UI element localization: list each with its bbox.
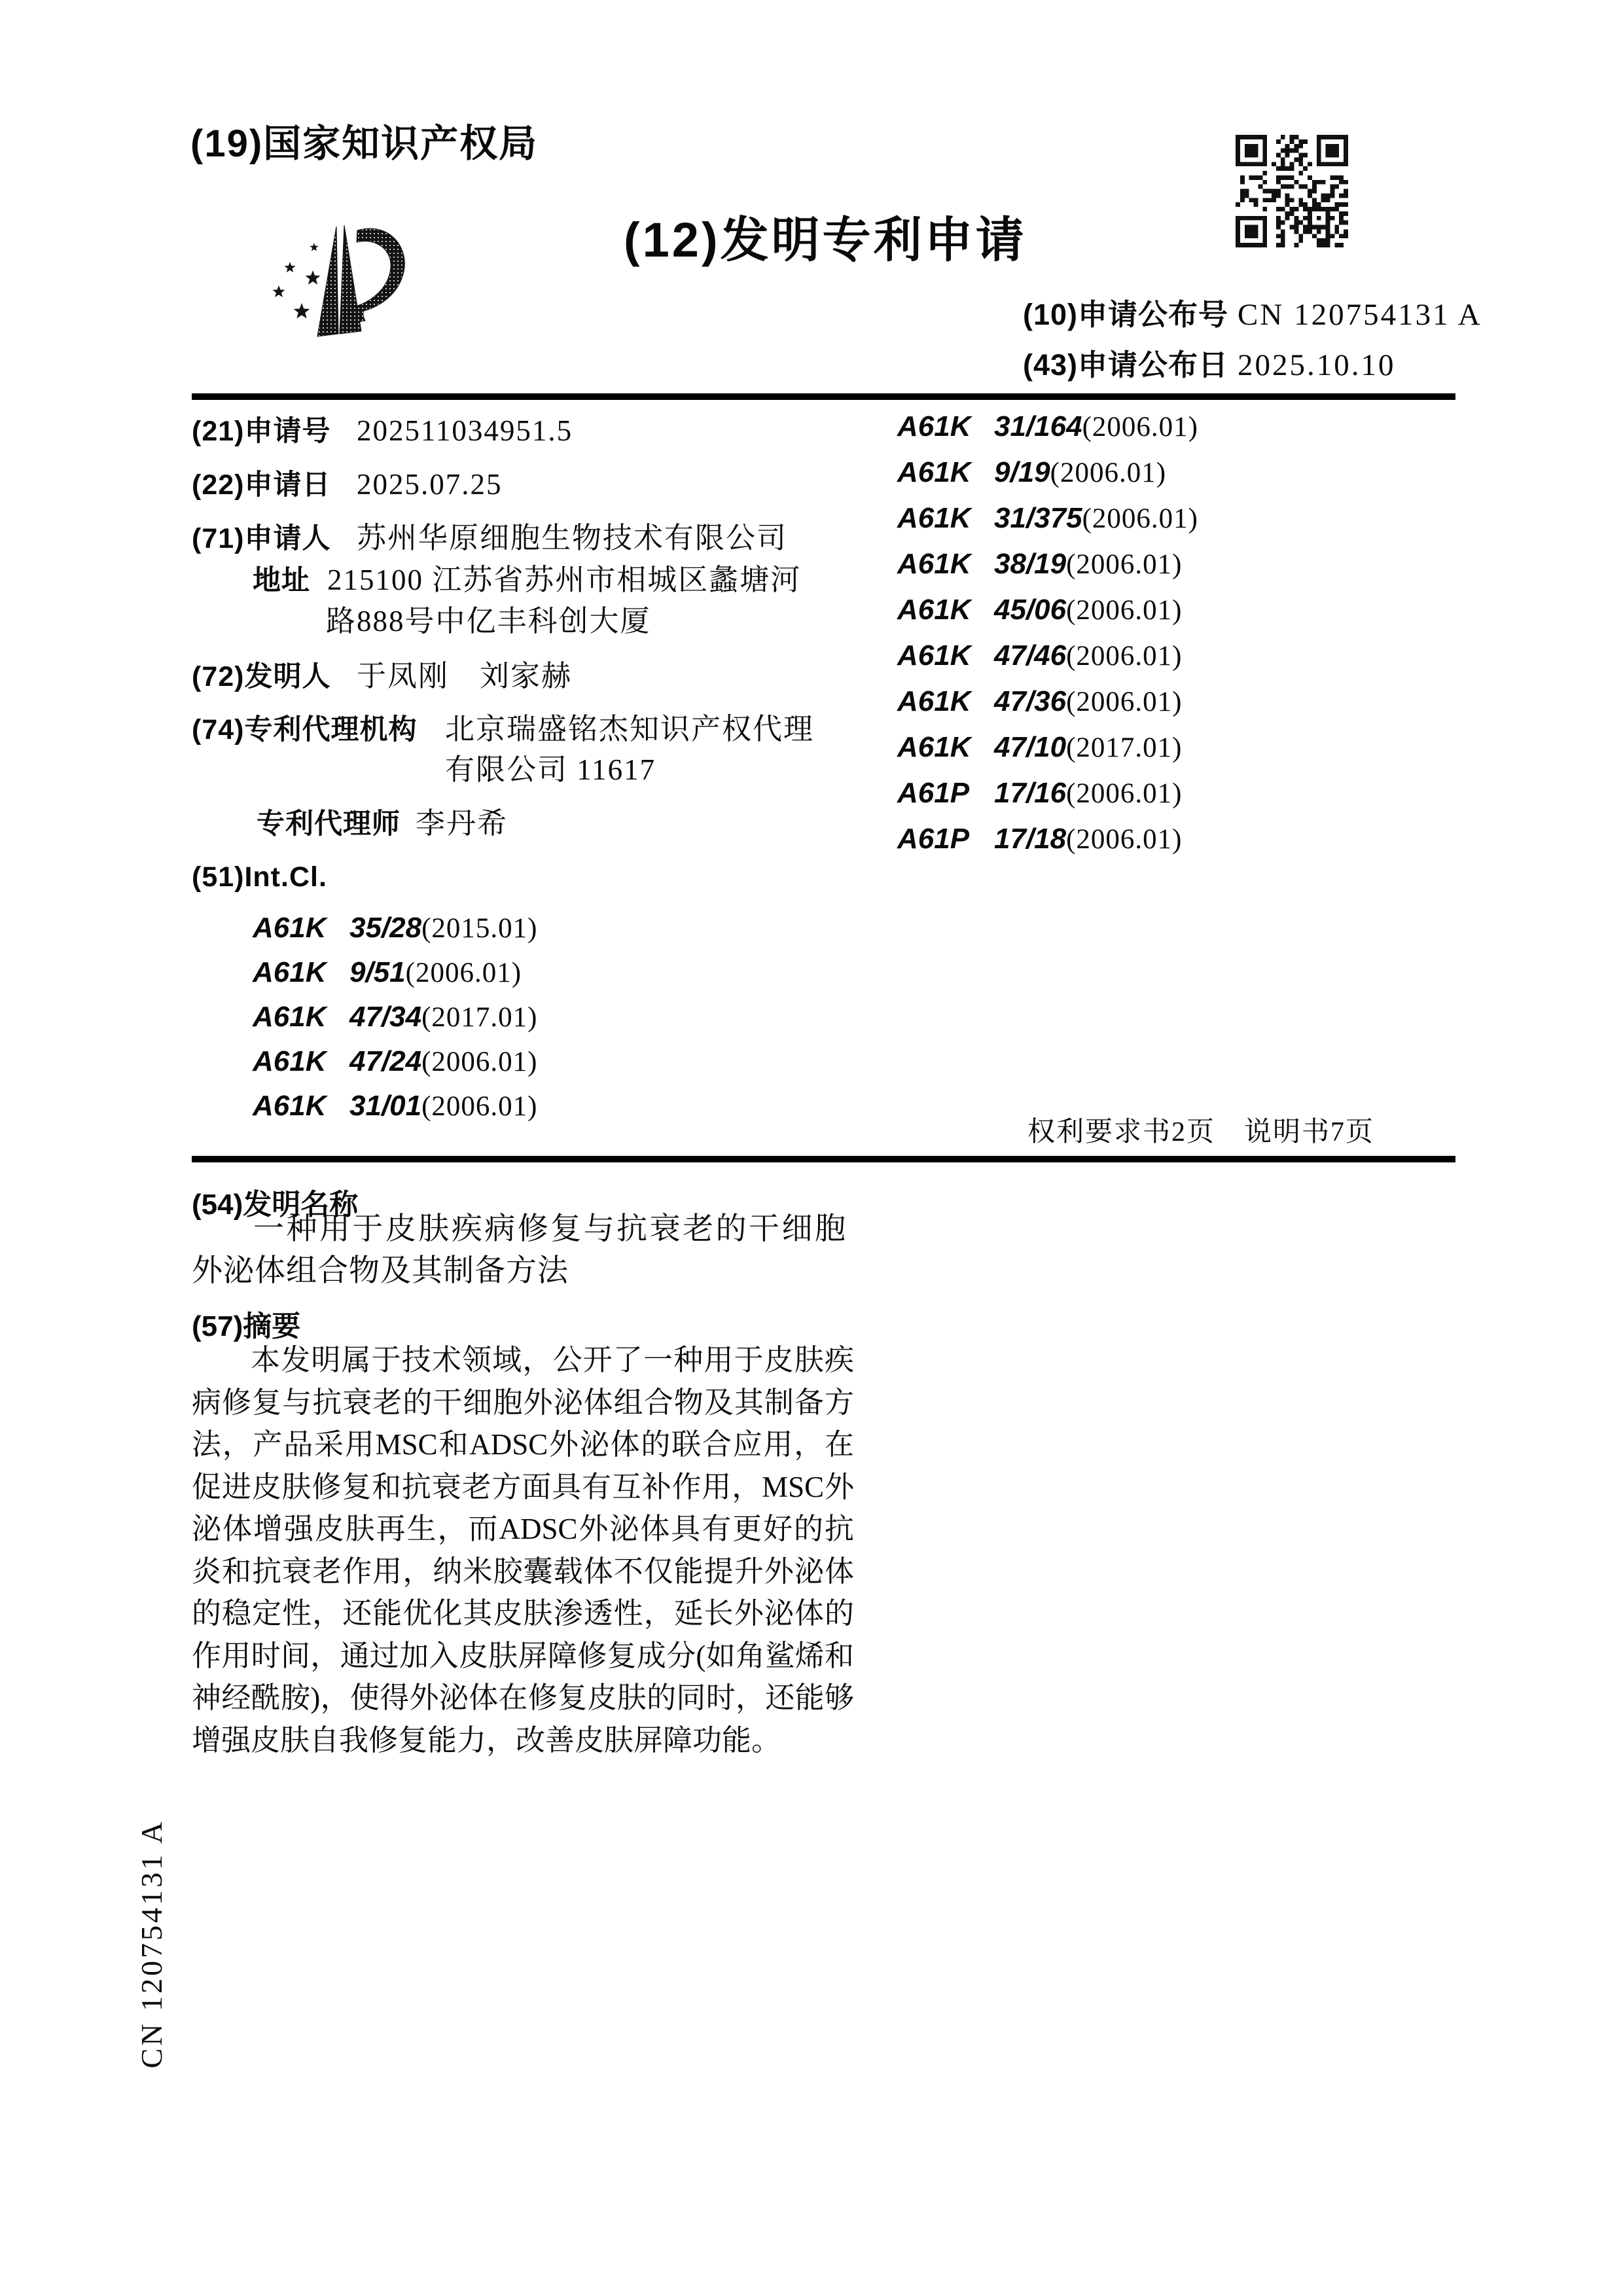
ipc-code-row: A61K35/28(2015.01) xyxy=(253,912,538,944)
ipc-code-row: A61K31/01(2006.01) xyxy=(253,1090,538,1122)
ipc-class: A61K xyxy=(253,912,349,944)
ipc-number: 9/51 xyxy=(349,956,406,988)
ipc-number: 31/164 xyxy=(994,410,1082,442)
qr-code-graphic xyxy=(1236,135,1348,247)
invention-title: 一种用于皮肤疾病修复与抗衰老的干细胞外泌体组合物及其制备方法 xyxy=(192,1208,846,1292)
ipc-code-row: A61K45/06(2006.01) xyxy=(897,594,1183,626)
agent-label: 专利代理师 xyxy=(257,807,416,842)
ipc-class: A61P xyxy=(897,778,994,809)
ipc-version: (2006.01) xyxy=(1050,457,1166,488)
doc-type-title: (12)发明专利申请 xyxy=(624,215,1027,266)
app-number-value: 202511034951.5 xyxy=(357,414,573,447)
ipc-class: A61K xyxy=(253,1090,349,1122)
logo-star-icon xyxy=(284,262,295,272)
qr-code xyxy=(1236,135,1348,247)
ipc-version: (2017.01) xyxy=(421,1002,537,1033)
ipc-number: 31/01 xyxy=(349,1090,421,1122)
logo-star-icon xyxy=(272,285,285,297)
ipc-number: 47/36 xyxy=(994,685,1066,717)
ipc-code-row: A61P17/18(2006.01) xyxy=(897,823,1183,855)
ipc-class: A61K xyxy=(897,640,994,672)
inventor-label: (72)发明人 xyxy=(192,660,357,695)
app-date-label: (22)申请日 xyxy=(192,468,357,503)
ipc-code-row: A61K47/10(2017.01) xyxy=(897,732,1183,763)
ipc-version: (2006.01) xyxy=(1082,503,1198,534)
ipc-class: A61K xyxy=(897,732,994,763)
logo-star-icon xyxy=(306,270,321,285)
ipc-class: A61K xyxy=(253,1046,349,1077)
cnipa-logo xyxy=(270,220,422,347)
patent-front-page: (19)国家知识产权局 (12)发明专利申请 xyxy=(0,0,1623,2296)
ipc-class: A61K xyxy=(253,1001,349,1033)
logo-star-icon xyxy=(294,303,310,319)
applicant-label: (71)申请人 xyxy=(192,522,357,557)
ipc-class: A61K xyxy=(253,957,349,988)
address-label: 地址 xyxy=(253,564,327,599)
pub-date-label: (43)申请公布日 xyxy=(1023,348,1228,382)
pub-date-row: (43)申请公布日2025.10.10 xyxy=(1023,349,1396,383)
ipc-class: A61K xyxy=(897,594,994,626)
pub-date-value: 2025.10.10 xyxy=(1238,348,1396,382)
ipc-code-row: A61K9/51(2006.01) xyxy=(253,957,522,988)
ipc-code-row: A61K9/19(2006.01) xyxy=(897,457,1166,488)
agent-value: 李丹希 xyxy=(416,807,508,840)
ipc-number: 17/18 xyxy=(994,823,1066,855)
agent-row: 专利代理师李丹希 xyxy=(257,805,508,842)
inventor-value: 于凤刚 刘家赫 xyxy=(357,660,572,692)
applicant-row: (71)申请人苏州华原细胞生物技术有限公司 xyxy=(192,520,787,557)
pub-number-row: (10)申请公布号CN 120754131 A xyxy=(1023,298,1482,332)
ipc-number: 47/24 xyxy=(349,1045,421,1077)
abstract-section-label: (57)摘要 xyxy=(192,1302,300,1344)
ipc-class: A61K xyxy=(897,457,994,488)
address-line1: 215100 江苏省苏州市相城区蠡塘河 xyxy=(327,564,801,596)
ipc-code-row: A61K47/46(2006.01) xyxy=(897,640,1183,672)
ipc-version: (2006.01) xyxy=(1066,687,1182,717)
ipc-class: A61P xyxy=(897,823,994,855)
ipc-version: (2006.01) xyxy=(421,1047,537,1077)
applicant-value: 苏州华原细胞生物技术有限公司 xyxy=(357,522,787,554)
pub-number-label: (10)申请公布号 xyxy=(1023,298,1228,331)
ipc-version: (2006.01) xyxy=(1066,778,1182,809)
ipc-code-row: A61K47/36(2006.01) xyxy=(897,686,1183,717)
agency-line1: 北京瑞盛铭杰知识产权代理 xyxy=(445,713,814,745)
ipc-number: 47/10 xyxy=(994,731,1066,763)
ipc-class: A61K xyxy=(897,503,994,534)
inventor-row: (72)发明人于凤刚 刘家赫 xyxy=(192,658,572,695)
ipc-number: 9/19 xyxy=(994,456,1050,488)
agency-line2: 有限公司 11617 xyxy=(445,753,656,786)
ipc-class: A61K xyxy=(897,686,994,717)
ipc-number: 35/28 xyxy=(349,912,421,944)
agency-row-cont: 有限公司 11617 xyxy=(445,751,656,788)
ipc-class: A61K xyxy=(897,548,994,580)
agency-row: (74)专利代理机构北京瑞盛铭杰知识产权代理 xyxy=(192,711,814,748)
side-publication-code: CN 120754131 A xyxy=(131,1812,173,2076)
intcl-row: (51)Int.Cl. xyxy=(192,859,327,895)
ipc-number: 45/06 xyxy=(994,594,1066,626)
app-date-value: 2025.07.25 xyxy=(357,468,503,501)
ipc-code-row: A61K47/24(2006.01) xyxy=(253,1046,538,1077)
intcl-label: (51)Int.Cl. xyxy=(192,861,327,893)
pub-number-value: CN 120754131 A xyxy=(1238,298,1482,332)
ipc-version: (2017.01) xyxy=(1066,732,1182,763)
ipc-version: (2006.01) xyxy=(406,958,522,988)
header-divider-rule xyxy=(192,393,1455,400)
app-date-row: (22)申请日2025.07.25 xyxy=(192,466,503,503)
ipc-code-row: A61K47/34(2017.01) xyxy=(253,1001,538,1033)
office-name: (19)国家知识产权局 xyxy=(190,124,538,164)
section-divider-rule xyxy=(192,1156,1455,1162)
abstract-text: 本发明属于技术领域，公开了一种用于皮肤疾病修复与抗衰老的干细胞外泌体组合物及其制… xyxy=(192,1339,854,1761)
ipc-number: 47/34 xyxy=(349,1001,421,1033)
ipc-version: (2006.01) xyxy=(1066,549,1182,580)
ipc-number: 38/19 xyxy=(994,548,1066,580)
logo-star-icon xyxy=(310,243,318,251)
ipc-version: (2006.01) xyxy=(1066,641,1182,672)
address-row-cont: 路888号中亿丰科创大厦 xyxy=(326,603,651,639)
address-line2: 路888号中亿丰科创大厦 xyxy=(326,605,651,637)
ipc-code-row: A61K38/19(2006.01) xyxy=(897,548,1183,580)
cnipa-logo-graphic xyxy=(270,220,422,347)
ipc-version: (2006.01) xyxy=(1066,595,1182,626)
ipc-number: 17/16 xyxy=(994,777,1066,809)
ipc-code-row: A61K31/164(2006.01) xyxy=(897,411,1198,442)
ipc-number: 47/46 xyxy=(994,639,1066,672)
address-row: 地址215100 江苏省苏州市相城区蠡塘河 xyxy=(253,562,801,599)
ipc-code-row: A61K31/375(2006.01) xyxy=(897,503,1198,534)
ipc-class: A61K xyxy=(897,411,994,442)
ipc-code-row: A61P17/16(2006.01) xyxy=(897,778,1183,809)
ipc-version: (2006.01) xyxy=(421,1091,537,1122)
ipc-version: (2015.01) xyxy=(421,913,537,944)
agency-label: (74)专利代理机构 xyxy=(192,713,445,748)
ipc-version: (2006.01) xyxy=(1066,824,1182,855)
side-publication-code-text: CN 120754131 A xyxy=(131,1812,173,2076)
pages-info: 权利要求书2页 说明书7页 xyxy=(949,1110,1374,1149)
app-number-label: (21)申请号 xyxy=(192,414,357,450)
app-number-row: (21)申请号202511034951.5 xyxy=(192,412,573,450)
ipc-version: (2006.01) xyxy=(1082,412,1198,442)
ipc-number: 31/375 xyxy=(994,502,1082,534)
